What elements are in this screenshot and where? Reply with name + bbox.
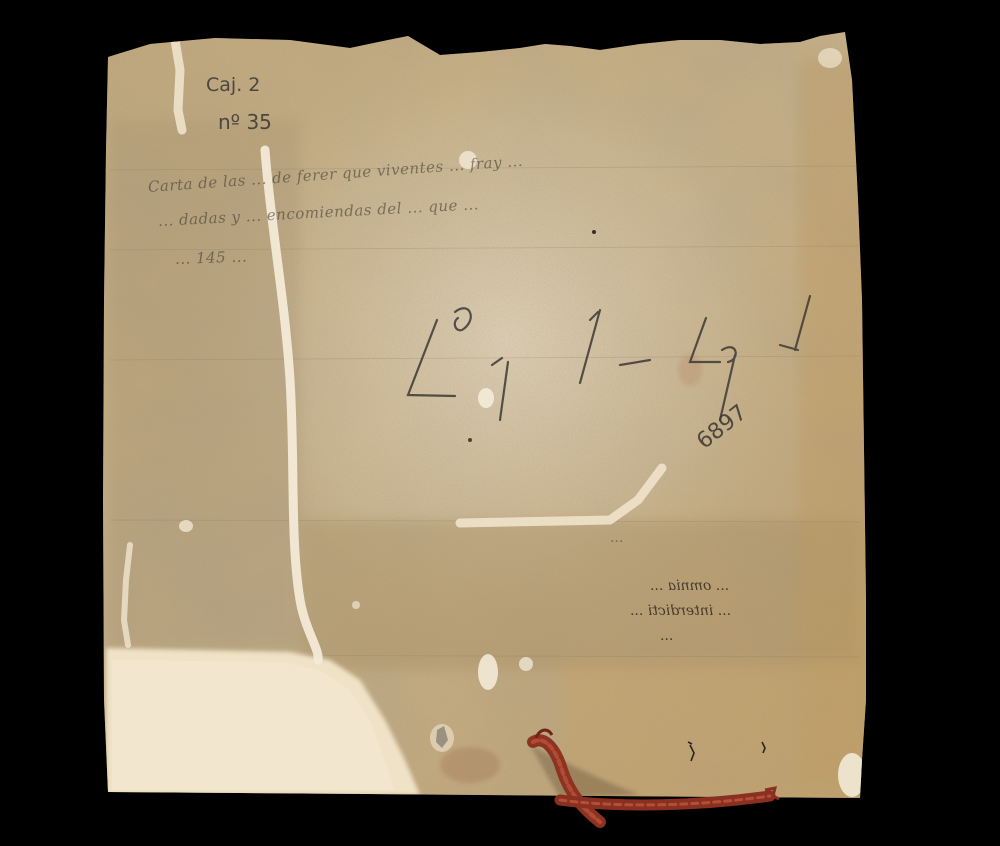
parchment-document — [0, 0, 1000, 846]
photo-stage: Caj. 2 nº 35 Carta de las ... de ferer q… — [0, 0, 1000, 846]
